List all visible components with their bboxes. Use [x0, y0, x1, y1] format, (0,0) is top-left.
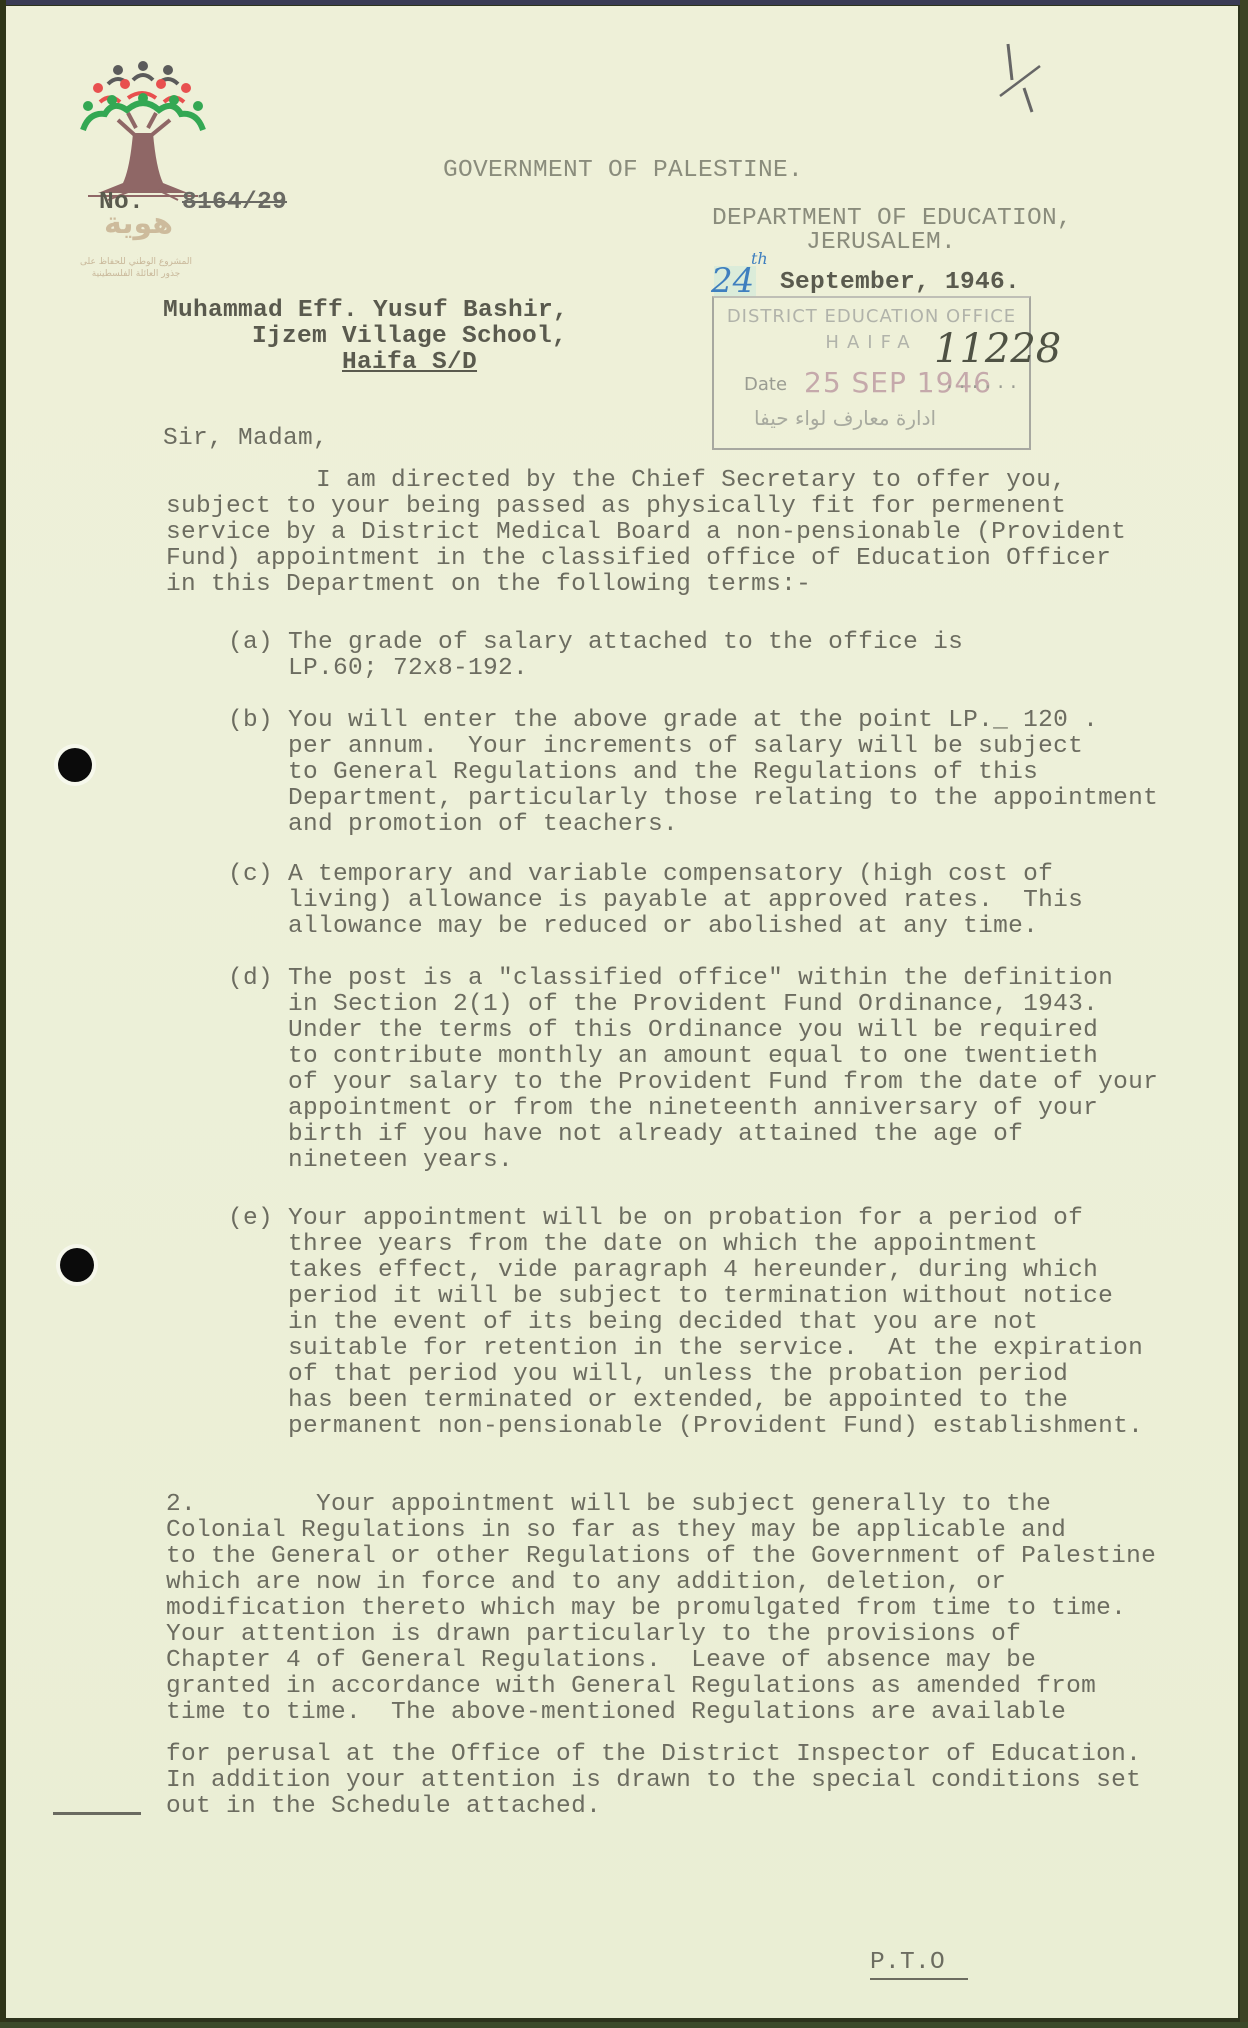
stamp-arabic-text: ادارة معارف لواء حيفا — [754, 406, 936, 430]
stamp-date-label: Date — [744, 374, 787, 395]
intro-line: I am directed by the Chief Secretary to … — [166, 468, 1066, 494]
term-line: birth if you have not already attained t… — [288, 1122, 1023, 1148]
paragraph-line: to the General or other Regulations of t… — [166, 1544, 1156, 1570]
term-line: Under the terms of this Ordinance you wi… — [288, 1018, 1098, 1044]
addressee-district: Haifa S/D — [342, 350, 477, 376]
term-line: takes effect, vide paragraph 4 hereunder… — [288, 1258, 1098, 1284]
intro-line: service by a District Medical Board a no… — [166, 520, 1126, 546]
paragraph-line: out in the Schedule attached. — [166, 1794, 601, 1820]
intro-line: in this Department on the following term… — [166, 572, 811, 598]
term-line: of that period you will, unless the prob… — [288, 1362, 1068, 1388]
reference-number: 8164/29 — [182, 190, 287, 216]
document-page: هوية المشروع الوطني للحفاظ على جذور العا… — [6, 6, 1238, 2018]
term-line: permanent non-pensionable (Provident Fun… — [288, 1414, 1143, 1440]
city-heading: JERUSALEM. — [806, 230, 956, 256]
paragraph-line: time to time. The above-mentioned Regula… — [166, 1700, 1066, 1726]
addressee-school: Ijzem Village School, — [252, 324, 567, 350]
term-line: Your appointment will be on probation fo… — [288, 1206, 1083, 1232]
term-line: allowance may be reduced or abolished at… — [288, 914, 1038, 940]
scan-right-edge — [1240, 0, 1248, 2028]
received-stamp: DISTRICT EDUCATION OFFICE HAIFA 11228 Da… — [712, 296, 1031, 450]
term-line: in the event of its being decided that y… — [288, 1310, 1038, 1336]
salutation: Sir, Madam, — [163, 426, 328, 452]
term-label: (c) — [228, 862, 273, 888]
term-line: living) allowance is payable at approved… — [288, 888, 1083, 914]
paragraph-line: which are now in force and to any additi… — [166, 1570, 1006, 1596]
term-label: (d) — [228, 966, 273, 992]
intro-line: Fund) appointment in the classified offi… — [166, 546, 1111, 572]
watermark-caption-line-1: المشروع الوطني للحفاظ على — [66, 256, 206, 268]
term-line: to General Regulations and the Regulatio… — [288, 760, 1038, 786]
stamp-date-dots: ...... — [944, 374, 1021, 394]
term-line: in Section 2(1) of the Provident Fund Or… — [288, 992, 1098, 1018]
paragraph-line: Your attention is drawn particularly to … — [166, 1622, 1021, 1648]
reference-label: No. — [99, 190, 144, 216]
paragraph-line: granted in accordance with General Regul… — [166, 1674, 1096, 1700]
pto-underline — [870, 1978, 968, 1980]
paragraph-line: modification thereto which may be promul… — [166, 1596, 1126, 1622]
term-line: three years from the date on which the a… — [288, 1232, 1038, 1258]
government-heading: GOVERNMENT OF PALESTINE. — [443, 158, 803, 184]
paragraph-line: Chapter 4 of General Regulations. Leave … — [166, 1648, 1036, 1674]
pencil-mark-icon — [996, 36, 1056, 116]
term-line: period it will be subject to termination… — [288, 1284, 1113, 1310]
term-line: The grade of salary attached to the offi… — [288, 630, 963, 656]
scan-bottom-edge — [0, 2022, 1248, 2028]
term-line: You will enter the above grade at the po… — [288, 708, 1098, 734]
addressee-name: Muhammad Eff. Yusuf Bashir, — [163, 298, 568, 324]
term-line: to contribute monthly an amount equal to… — [288, 1044, 1098, 1070]
stamp-office: DISTRICT EDUCATION OFFICE — [714, 306, 1029, 327]
term-label: (e) — [228, 1206, 273, 1232]
watermark-caption: المشروع الوطني للحفاظ على جذور العائلة ا… — [66, 256, 206, 280]
paragraph-line: In addition your attention is drawn to t… — [166, 1768, 1141, 1794]
scan-top-edge — [0, 0, 1248, 5]
term-line: has been terminated or extended, be appo… — [288, 1388, 1068, 1414]
term-label: (a) — [228, 630, 273, 656]
punch-hole — [58, 748, 92, 782]
scan-left-edge — [0, 0, 6, 2028]
term-line: LP.60; 72x8-192. — [288, 656, 528, 682]
paragraph-line: for perusal at the Office of the Distric… — [166, 1742, 1141, 1768]
term-line: appointment or from the nineteenth anniv… — [288, 1096, 1098, 1122]
term-label: (b) — [228, 708, 273, 734]
term-line: of your salary to the Provident Fund fro… — [288, 1070, 1158, 1096]
term-line: nineteen years. — [288, 1148, 513, 1174]
paragraph-line: Your appointment will be subject general… — [166, 1492, 1051, 1518]
pto-note: P.T.O — [870, 1950, 945, 1976]
paragraph-line: Colonial Regulations in so far as they m… — [166, 1518, 1066, 1544]
term-line: per annum. Your increments of salary wil… — [288, 734, 1083, 760]
term-line: A temporary and variable compensatory (h… — [288, 862, 1053, 888]
term-line: Department, particularly those relating … — [288, 786, 1158, 812]
term-line: suitable for retention in the service. A… — [288, 1336, 1143, 1362]
intro-line: subject to your being passed as physical… — [166, 494, 1066, 520]
handwritten-day: 24 — [711, 261, 754, 301]
punch-hole — [60, 1248, 94, 1282]
watermark-caption-line-2: جذور العائلة الفلسطينية — [66, 268, 206, 280]
family-tree-logo-icon — [78, 58, 208, 208]
margin-dash — [53, 1812, 141, 1815]
term-line: and promotion of teachers. — [288, 812, 678, 838]
letter-date: September, 1946. — [780, 270, 1020, 296]
term-line: The post is a "classified office" within… — [288, 966, 1113, 992]
handwritten-day-suffix: th — [751, 249, 768, 268]
